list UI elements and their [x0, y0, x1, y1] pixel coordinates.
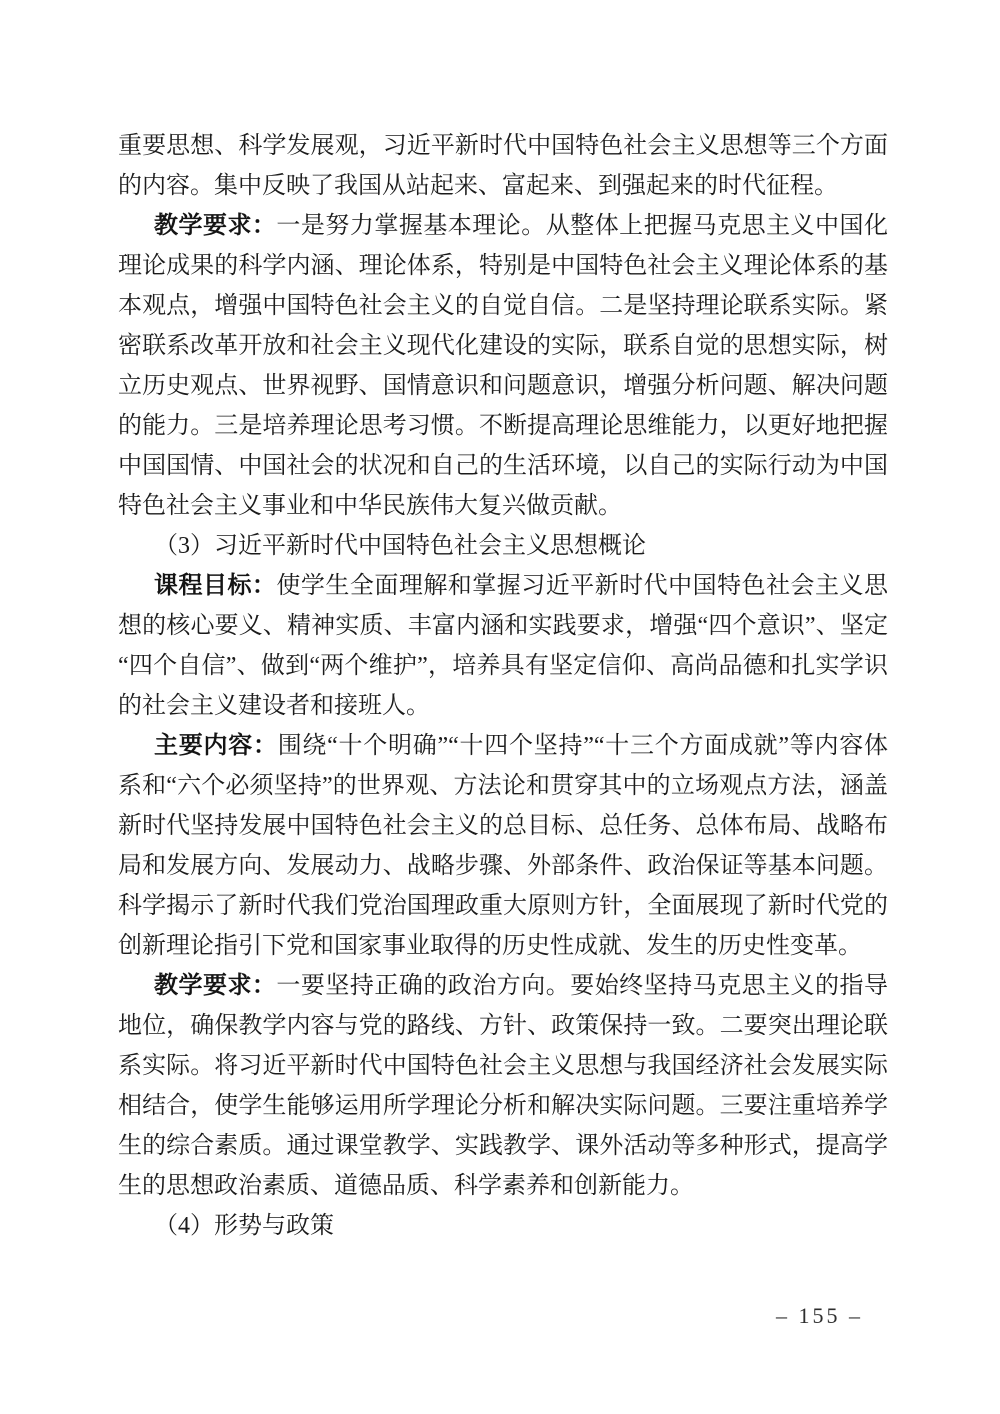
paragraph-list-item: （3）习近平新时代中国特色社会主义思想概论: [118, 526, 888, 566]
paragraph-label: 课程目标：: [154, 572, 276, 599]
paragraph-label: 主要内容：: [154, 732, 278, 759]
paragraph-list-item: （4）形势与政策: [118, 1206, 888, 1246]
paragraph-text: 一是努力掌握基本理论。从整体上把握马克思主义中国化理论成果的科学内涵、理论体系，…: [118, 213, 888, 519]
paragraph-label: 教学要求：: [154, 972, 276, 999]
paragraph: 主要内容：围绕“十个明确”“十四个坚持”“十三个方面成就”等内容体系和“六个必须…: [118, 726, 888, 966]
paragraph-text: 重要思想、科学发展观，习近平新时代中国特色社会主义思想等三个方面的内容。集中反映…: [118, 133, 888, 199]
paragraph-label: 教学要求：: [154, 212, 276, 239]
paragraph: 教学要求：一要坚持正确的政治方向。要始终坚持马克思主义的指导地位，确保教学内容与…: [118, 966, 888, 1206]
paragraph: 重要思想、科学发展观，习近平新时代中国特色社会主义思想等三个方面的内容。集中反映…: [118, 126, 888, 206]
paragraph-text: （4）形势与政策: [154, 1213, 334, 1239]
paragraph: 教学要求：一是努力掌握基本理论。从整体上把握马克思主义中国化理论成果的科学内涵、…: [118, 206, 888, 526]
paragraph: 课程目标：使学生全面理解和掌握习近平新时代中国特色社会主义思想的核心要义、精神实…: [118, 566, 888, 726]
paragraph-text: （3）习近平新时代中国特色社会主义思想概论: [154, 533, 646, 559]
paragraph-text: 围绕“十个明确”“十四个坚持”“十三个方面成就”等内容体系和“六个必须坚持”的世…: [118, 733, 888, 959]
document-page: 重要思想、科学发展观，习近平新时代中国特色社会主义思想等三个方面的内容。集中反映…: [0, 0, 1000, 1414]
paragraph-text: 一要坚持正确的政治方向。要始终坚持马克思主义的指导地位，确保教学内容与党的路线、…: [118, 973, 888, 1199]
page-number: – 155 –: [776, 1303, 863, 1329]
page-body: 重要思想、科学发展观，习近平新时代中国特色社会主义思想等三个方面的内容。集中反映…: [118, 126, 888, 1246]
